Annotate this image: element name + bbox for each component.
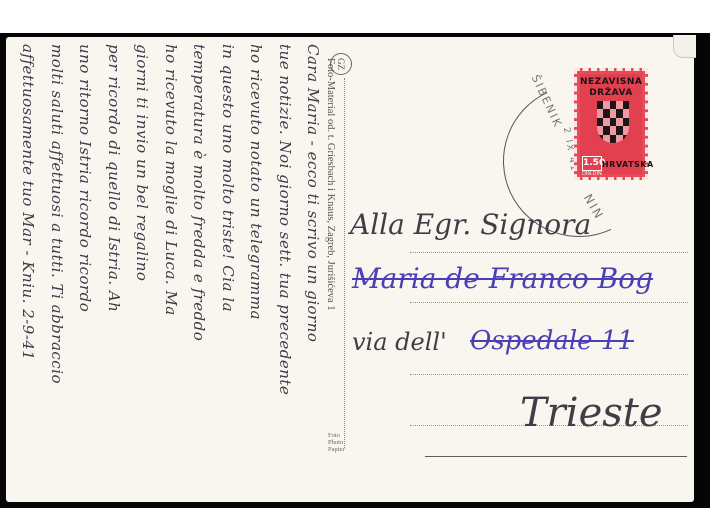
- address-line-1: [410, 252, 688, 253]
- postage-stamp: NEZAVISNA DRŽAVA 1.50 DIN·DIN HRVATSKA: [574, 68, 648, 180]
- stamp-overprint-2: DRŽAVA: [580, 88, 642, 98]
- message-line: ho ricevuto la moglie di Luca. Ma: [162, 44, 180, 316]
- checkerboard-coat-of-arms-icon: [597, 101, 629, 143]
- message-line: temperatura è molto fredda e freddo: [190, 44, 208, 341]
- bent-corner: [673, 35, 696, 58]
- stamp-overprint-bottom: HRVATSKA: [602, 160, 642, 169]
- message-line: in questo uno molto triste! Cia la: [219, 44, 237, 312]
- address-street-crossed-out: Ospedale 11: [470, 326, 634, 356]
- address-underline: [425, 456, 687, 457]
- message-line: uno ritorno Istria ricordo ricordo: [76, 44, 94, 312]
- center-divider: [344, 78, 345, 448]
- stamp-overprint-1: NEZAVISNA: [580, 77, 642, 87]
- message-line: per ricordo di quello di Istria. Ah: [105, 44, 123, 312]
- stamp-currency: DIN·DIN: [582, 171, 602, 177]
- address-name-crossed-out: Maria de Franco Bog: [352, 262, 653, 295]
- message-line: ho ricevuto notato un telegramma: [247, 44, 265, 320]
- message-line: affettuosamente tuo Mar - Kniu. 2-9-41: [19, 44, 37, 360]
- publisher-imprint-wrap: Foto-Material od. t. Griesbach i Knaus, …: [322, 58, 336, 438]
- publisher-imprint: Foto-Material od. t. Griesbach i Knaus, …: [325, 58, 336, 311]
- address-line-3: [410, 374, 688, 375]
- message-line: giorni ti invio un bel regalino: [133, 44, 151, 281]
- message-line: molti saluti affettuosi a tutti. Ti abbr…: [48, 44, 66, 384]
- address-salutation: Alla Egr. Signora: [350, 208, 591, 241]
- message-line: tue notizie. Noi giorno sett. tua preced…: [276, 44, 294, 395]
- address-street-prefix: via dell': [352, 328, 447, 356]
- paper-brand: Foto Photo Papier: [328, 432, 350, 453]
- message-line: Cara Maria - ecco ti scrivo un giorno: [304, 44, 322, 342]
- address-city: Trieste: [520, 390, 663, 436]
- stamp-denomination: 1.50: [582, 156, 602, 171]
- address-line-2: [410, 302, 688, 303]
